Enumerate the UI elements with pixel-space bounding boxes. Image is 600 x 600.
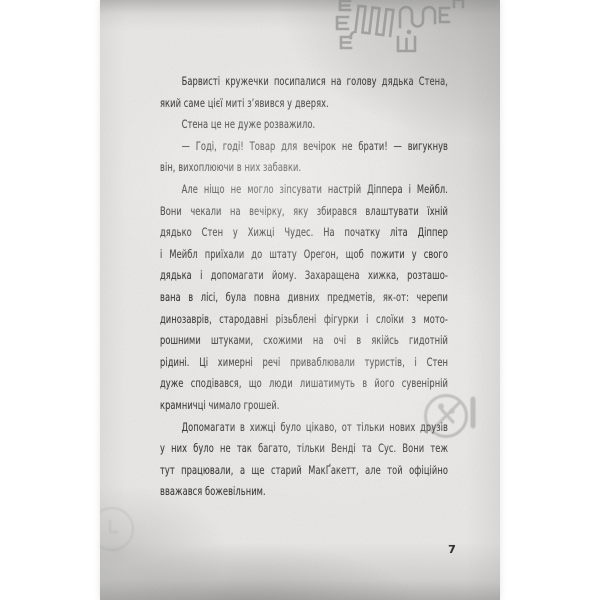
text-line: рідині. Ці химерні речі приваблювали тур… [160,352,448,374]
rune-tiny-square [454,0,463,7]
text-line: вважався божевільним. [160,481,448,503]
rune-tall-meander [350,5,393,43]
cipher-runes-icon [328,0,474,58]
rune-comb-up [398,37,415,51]
text-line: дуже сподівався, що люди лишатимуть в йо… [160,373,448,395]
stamp-dot-right [449,408,454,413]
faint-ring-outline [100,508,133,550]
text-line: який саме цієї миті з’явився у дверях. [160,93,448,115]
text-line: Барвисті кружечки посипалися на голову д… [160,71,448,93]
text-line: вана в лісі, була повна дивних предметів… [160,287,448,309]
text-line: крамничці чимало грошей. [160,395,448,417]
text-line: Стена це не дуже розважило. [160,114,448,136]
text-line: у них було не так багато, тільки Венді т… [160,438,448,460]
text-line: дядька і допомагати йому. Захаращена хиж… [160,265,448,287]
text-line: Допомагати в хижці було цікаво, от тільк… [160,417,448,439]
rune-dot [407,30,412,35]
text-line: він, вихоплюючи в них забавки. [160,157,448,179]
text-line: і Мейбл приїхали до штату Орегон, щоб по… [160,244,448,266]
page-number: 7 [444,543,460,556]
rune-e-glyph [337,17,348,29]
text-line: динозаврів, стародавні різьблені фігурки… [160,309,448,331]
scanned-book-photo: Барвисті кружечки посипалися на голову д… [0,0,600,600]
faint-ring-hook [110,520,118,532]
text-line: Вони чекали на вечірку, яку збирався вла… [160,201,448,223]
book-page: Барвисті кружечки посипалися на голову д… [100,0,500,600]
text-line: рошними штуками, схожими на очі в якійсь… [160,330,448,352]
rune-wave-meander [400,7,435,27]
page-text: Барвисті кружечки посипалися на голову д… [160,71,448,505]
rune-small-bracket [440,8,449,22]
text-line: — Годі, годі! Товар для вечірок не брати… [160,136,448,158]
faint-circle-watermark-icon [100,498,148,560]
text-line: тут працювали, а ще старий МакҐакетт, ал… [160,460,448,482]
rune-bracket-top [340,1,350,10]
text-line: Але ніщо не могло зіпсувати настрій Діпп… [160,179,448,201]
text-line: дядько Стен у Хижці Чудес. На початку лі… [160,222,448,244]
